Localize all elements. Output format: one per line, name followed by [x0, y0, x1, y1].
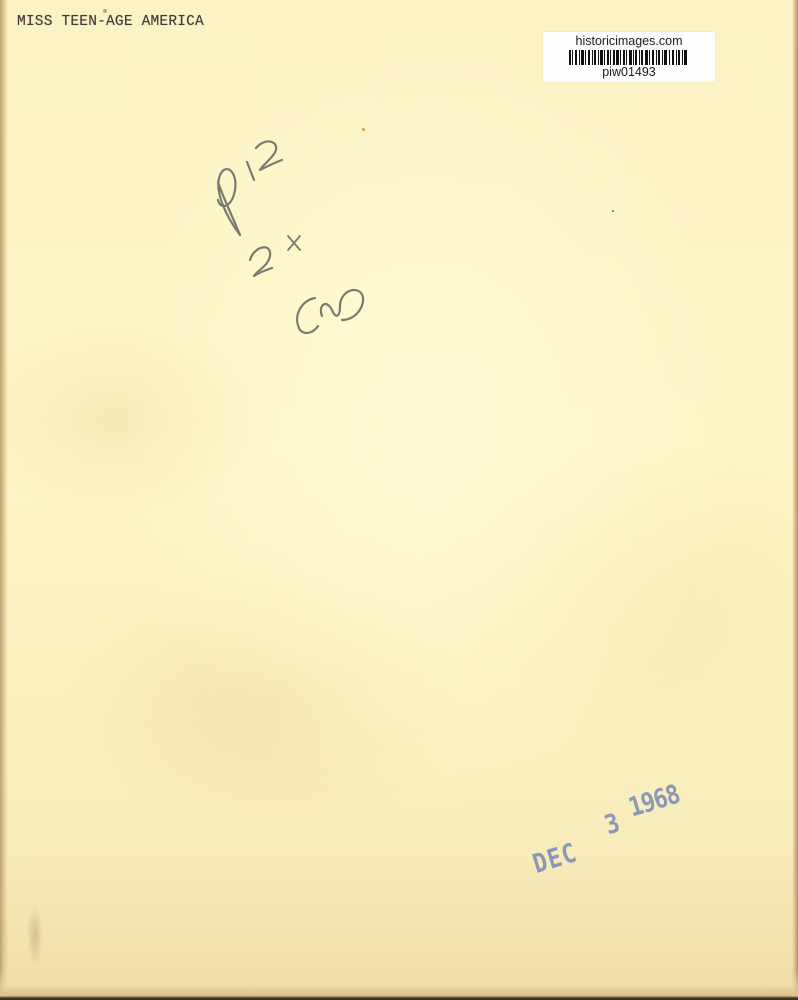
speck [103, 9, 107, 13]
paper-right-edge [792, 0, 798, 1000]
paper-left-edge [0, 0, 8, 1000]
stamp-year: 1968 [625, 780, 683, 824]
speck [612, 210, 614, 212]
handwritten-2x [250, 247, 272, 276]
typewritten-caption: MISS TEEN-AGE AMERICA [17, 14, 204, 30]
sticker-item-code: piw01493 [543, 65, 715, 79]
archive-label-sticker: historicimages.com piw01493 [543, 32, 715, 82]
stamp-month: DEC [530, 838, 581, 880]
handwritten-2 [256, 141, 282, 170]
pencil-handwriting [190, 120, 390, 350]
stamp-day: 3 [601, 808, 623, 841]
corner-stain [15, 900, 55, 970]
paper-bottom-edge [0, 970, 798, 1000]
barcode-icon [569, 50, 687, 65]
handwritten-cw [297, 298, 318, 333]
sticker-site-name: historicimages.com [543, 34, 715, 48]
handwritten-1 [247, 162, 254, 180]
